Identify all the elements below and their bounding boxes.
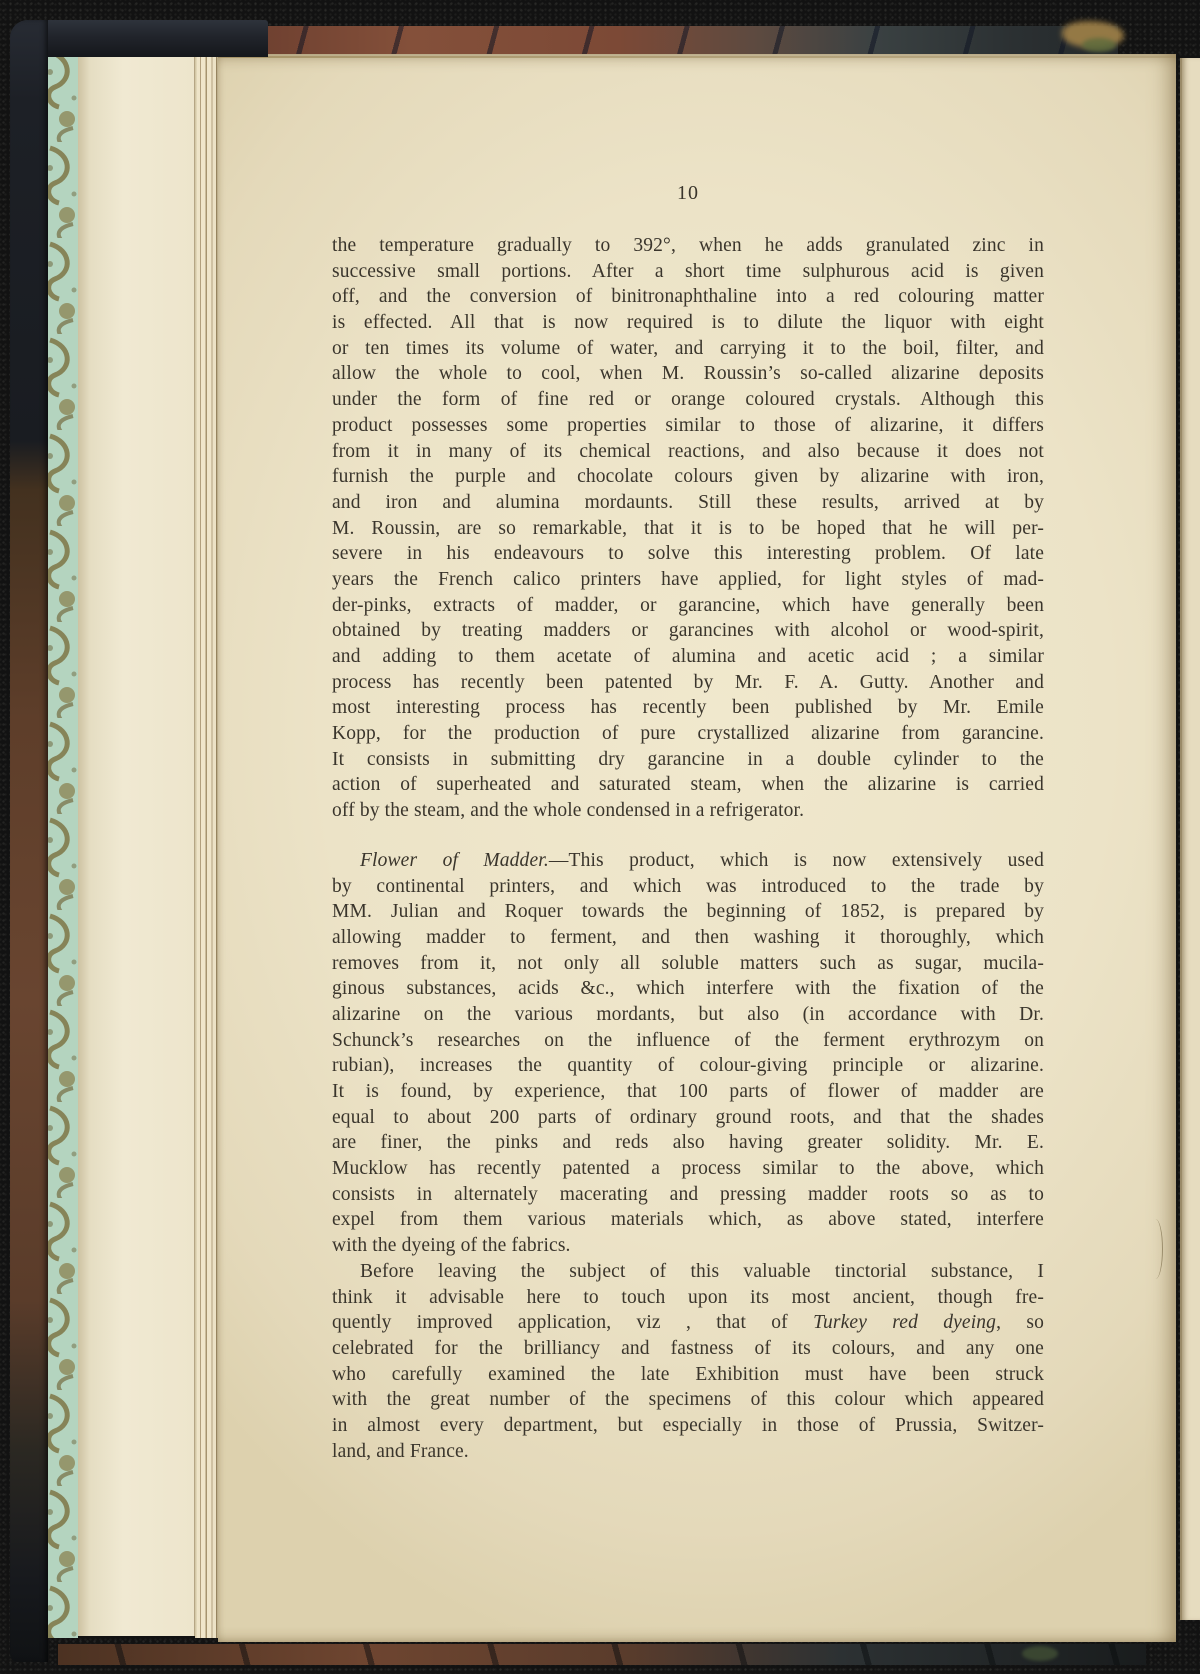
text-line: process has recently been patented by Mr…	[332, 670, 1044, 696]
text-line: land, and France.	[332, 1439, 1044, 1465]
text-line: with the dyeing of the fabrics.	[332, 1233, 1044, 1259]
text-line: der-pinks, extracts of madder, or garanc…	[332, 593, 1044, 619]
text-line: the temperature gradually to 392°, when …	[332, 233, 1044, 259]
underlying-page-edge	[1180, 58, 1200, 1620]
text-line: Schunck’s researches on the influence of…	[332, 1028, 1044, 1054]
text-line: M. Roussin, are so remarkable, that it i…	[332, 516, 1044, 542]
book-board-top-edge	[256, 26, 1118, 55]
text-line: expel from them various materials which,…	[332, 1207, 1044, 1233]
leather-cover-top-corner	[10, 20, 268, 57]
floral-pattern-graphic	[44, 46, 78, 1638]
text-line: It consists in submitting dry garancine …	[332, 747, 1044, 773]
text-line: product possesses some properties simila…	[332, 413, 1044, 439]
paragraph: Flower of Madder.—This product, which is…	[332, 848, 1044, 1259]
body-text: the temperature gradually to 392°, when …	[332, 233, 1044, 1464]
text-line: and iron and alumina mordaunts. Still th…	[332, 490, 1044, 516]
text-line: severe in his endeavours to solve this i…	[332, 541, 1044, 567]
text-line: furnish the purple and chocolate colours…	[332, 464, 1044, 490]
printed-text-block: 10 the temperature gradually to 392°, wh…	[332, 180, 1044, 1464]
text-line: off by the steam, and the whole condense…	[332, 798, 1044, 824]
text-line: and adding to them acetate of alumina an…	[332, 644, 1044, 670]
text-line: Flower of Madder.—This product, which is…	[332, 848, 1044, 874]
text-line: who carefully examined the late Exhibiti…	[332, 1362, 1044, 1388]
text-line: celebrated for the brilliancy and fastne…	[332, 1336, 1044, 1362]
bottom-edge-green-fleck	[1022, 1646, 1058, 1661]
text-line: think it advisable here to touch upon it…	[332, 1285, 1044, 1311]
text-line: allowing madder to ferment, and then was…	[332, 925, 1044, 951]
worn-fabric-fray-green	[1082, 38, 1116, 52]
text-line: It is found, by experience, that 100 par…	[332, 1079, 1044, 1105]
book-page: 10 the temperature gradually to 392°, wh…	[218, 54, 1176, 1642]
text-line: years the French calico printers have ap…	[332, 567, 1044, 593]
text-line: Before leaving the subject of this valua…	[332, 1259, 1044, 1285]
text-line: under the form of fine red or orange col…	[332, 387, 1044, 413]
text-line: from it in many of its chemical reaction…	[332, 439, 1044, 465]
text-line: removes from it, not only all soluble ma…	[332, 951, 1044, 977]
page-number: 10	[332, 180, 1044, 206]
text-line: obtained by treating madders or garancin…	[332, 618, 1044, 644]
text-line: by continental printers, and which was i…	[332, 874, 1044, 900]
paragraph: the temperature gradually to 392°, when …	[332, 233, 1044, 824]
text-line: off, and the conversion of binitronaphth…	[332, 284, 1044, 310]
text-line: MM. Julian and Roquer towards the beginn…	[332, 899, 1044, 925]
text-line: Mucklow has recently patented a process …	[332, 1156, 1044, 1182]
stacked-page-edges	[195, 56, 218, 1638]
text-line: is effected. All that is now required is…	[332, 310, 1044, 336]
page-crease-mark	[1148, 1219, 1163, 1279]
text-line: quently improved application, viz , that…	[332, 1310, 1044, 1336]
leather-cover-spine-edge	[10, 20, 48, 1662]
text-line: successive small portions. After a short…	[332, 259, 1044, 285]
text-line: alizarine on the various mordants, but a…	[332, 1002, 1044, 1028]
text-line: in almost every department, but especial…	[332, 1413, 1044, 1439]
text-line: equal to about 200 parts of ordinary gro…	[332, 1105, 1044, 1131]
text-line: Kopp, for the production of pure crystal…	[332, 721, 1044, 747]
text-line: or ten times its volume of water, and ca…	[332, 336, 1044, 362]
text-line: most interesting process has recently be…	[332, 695, 1044, 721]
marbled-endpaper-strip	[44, 46, 78, 1638]
text-line: ginous substances, acids &c., which inte…	[332, 976, 1044, 1002]
text-line: action of superheated and saturated stea…	[332, 772, 1044, 798]
text-line: allow the whole to cool, when M. Roussin…	[332, 361, 1044, 387]
book-board-bottom-edge	[58, 1644, 1146, 1665]
text-line: consists in alternately macerating and p…	[332, 1182, 1044, 1208]
book-scan-photo: 10 the temperature gradually to 392°, wh…	[0, 0, 1200, 1674]
text-line: are finer, the pinks and reds also havin…	[332, 1130, 1044, 1156]
text-line: with the great number of the specimens o…	[332, 1387, 1044, 1413]
flyleaf-page	[78, 50, 195, 1636]
paragraph: Before leaving the subject of this valua…	[332, 1259, 1044, 1465]
text-line: rubian), increases the quantity of colou…	[332, 1053, 1044, 1079]
